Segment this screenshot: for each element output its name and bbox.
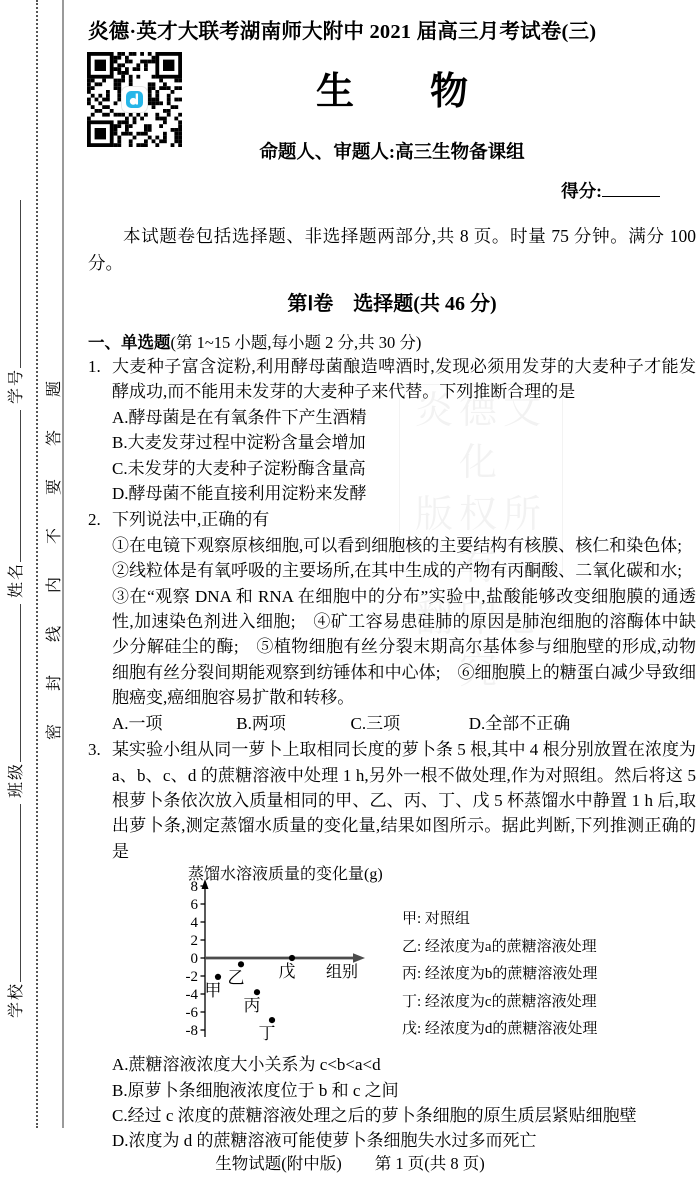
svg-text:-6: -6: [186, 1005, 199, 1021]
exam-paper-page: 学校 班级 姓名 学号 密封线内不要答题 炎德文化 版权所有 翻印必究 炎德·英…: [0, 0, 700, 1190]
question-number: 2.: [88, 507, 112, 736]
legend-item: 戊: 经浓度为d的蔗糖溶液处理: [402, 1016, 597, 1044]
chart-legend: 甲: 对照组 乙: 经浓度为a的蔗糖溶液处理 丙: 经浓度为b的蔗糖溶液处理 丁…: [402, 906, 597, 1044]
question-text: 某实验小组从同一萝卜上取相同长度的萝卜条 5 根,其中 4 根分别放置在浓度为 …: [112, 737, 696, 864]
question-body: 大麦种子富含淀粉,利用酵母菌酿造啤酒时,发现必须用发芽的大麦种子才能发酵成功,而…: [112, 354, 696, 506]
svg-text:-8: -8: [186, 1023, 199, 1039]
question-text: 大麦种子富含淀粉,利用酵母菌酿造啤酒时,发现必须用发芽的大麦种子才能发酵成功,而…: [112, 354, 696, 405]
options-row: A.一项 B.两项 C.三项 D.全部不正确: [112, 711, 696, 736]
field-school: 学校: [8, 982, 25, 1018]
student-info-fields: 学校 班级 姓名 学号: [3, 200, 26, 1018]
option-c: C.经过 c 浓度的蔗糖溶液处理之后的萝卜条细胞的原生质层紧贴细胞壁: [112, 1103, 696, 1128]
field-name: 姓名: [8, 562, 25, 598]
subsection-heading: 一、单选题(第 1~15 小题,每小题 2 分,共 30 分): [88, 329, 696, 353]
option-b: B.大麦发芽过程中淀粉含量会增加: [112, 430, 696, 455]
subsection-heading-rest: (第 1~15 小题,每小题 2 分,共 30 分): [171, 333, 422, 352]
page-footer: 生物试题(附中版) 第 1 页(共 8 页): [0, 1150, 700, 1174]
question-3: 3. 某实验小组从同一萝卜上取相同长度的萝卜条 5 根,其中 4 根分别放置在浓…: [88, 737, 696, 1154]
scatter-chart: 蒸馏水溶液质量的变化量(g) 86420-2-4-6-8组别甲乙丙丁戊 甲: 对…: [170, 866, 696, 1052]
legend-item: 乙: 经浓度为a的蔗糖溶液处理: [402, 934, 597, 962]
question-body: 下列说法中,正确的有 ①在电镜下观察原核细胞,可以看到细胞核的主要结构有核膜、核…: [112, 507, 696, 736]
field-student-no: 学号: [8, 368, 25, 404]
option-a: A.酵母菌是在有氧条件下产生酒精: [112, 405, 696, 430]
statement-2: ②线粒体是有氧呼吸的主要场所,在其中生成的产物有丙酮酸、二氧化碳和水;: [112, 558, 696, 583]
section-title: 第Ⅰ卷 选择题(共 46 分): [88, 287, 696, 316]
option-b: B.原萝卜条细胞液浓度位于 b 和 c 之间: [112, 1078, 696, 1103]
main-content: 炎德·英才大联考湖南师大附中 2021 届高三月考试卷(三) 生 物 命题人、审…: [88, 0, 696, 1154]
option-b: B.两项: [236, 711, 346, 736]
question-text: 下列说法中,正确的有: [112, 507, 696, 532]
legend-item: 丙: 经浓度为b的蔗糖溶液处理: [402, 961, 597, 989]
svg-text:6: 6: [191, 897, 199, 913]
svg-text:组别: 组别: [326, 963, 358, 981]
question-number: 3.: [88, 737, 112, 1154]
subsection-heading-bold: 一、单选题: [88, 333, 171, 352]
exam-instructions: 本试题卷包括选择题、非选择题两部分,共 8 页。时量 75 分钟。满分 100 …: [88, 223, 696, 277]
svg-text:0: 0: [191, 951, 199, 967]
question-1: 1. 大麦种子富含淀粉,利用酵母菌酿造啤酒时,发现必须用发芽的大麦种子才能发酵成…: [88, 354, 696, 506]
proposer-line: 命题人、审题人:高三生物备课组: [88, 138, 696, 164]
svg-text:甲: 甲: [205, 981, 222, 1000]
statement-1: ①在电镜下观察原核细胞,可以看到细胞核的主要结构有核膜、核仁和染色体;: [112, 533, 696, 558]
svg-text:-4: -4: [186, 987, 199, 1003]
seal-dotted-line: [36, 0, 38, 1128]
question-body: 某实验小组从同一萝卜上取相同长度的萝卜条 5 根,其中 4 根分别放置在浓度为 …: [112, 737, 696, 1154]
seal-line-text: 密封线内不要答题: [41, 348, 64, 740]
school-blank-line: [6, 804, 21, 982]
legend-item: 丁: 经浓度为c的蔗糖溶液处理: [402, 989, 597, 1017]
subject-title: 生 物: [88, 68, 696, 116]
svg-text:8: 8: [191, 879, 199, 895]
score-blank-line: [602, 181, 660, 197]
svg-text:丁: 丁: [259, 1024, 276, 1043]
svg-text:丙: 丙: [244, 996, 261, 1015]
svg-text:乙: 乙: [228, 968, 245, 987]
option-d: D.酵母菌不能直接利用淀粉来发酵: [112, 481, 696, 506]
option-c: C.未发芽的大麦种子淀粉酶含量高: [112, 456, 696, 481]
exam-header-title: 炎德·英才大联考湖南师大附中 2021 届高三月考试卷(三): [88, 14, 696, 44]
svg-text:4: 4: [191, 915, 199, 931]
legend-item: 甲: 对照组: [402, 906, 597, 934]
class-blank-line: [6, 604, 21, 762]
svg-text:2: 2: [191, 933, 199, 949]
student-no-blank-line: [6, 200, 21, 368]
option-a: A.一项: [112, 711, 232, 736]
svg-text:-2: -2: [186, 969, 199, 985]
score-row: 得分:: [88, 178, 696, 203]
svg-text:戊: 戊: [279, 962, 296, 981]
score-label: 得分:: [561, 181, 602, 201]
field-class: 班级: [8, 762, 25, 798]
question-2: 2. 下列说法中,正确的有 ①在电镜下观察原核细胞,可以看到细胞核的主要结构有核…: [88, 507, 696, 736]
option-a: A.蔗糖溶液浓度大小关系为 c<b<a<d: [112, 1052, 696, 1077]
question-number: 1.: [88, 354, 112, 506]
statements-3-6: ③在“观察 DNA 和 RNA 在细胞中的分布”实验中,盐酸能够改变细胞膜的通透…: [112, 584, 696, 711]
scatter-chart-svg: 86420-2-4-6-8组别甲乙丙丁戊: [170, 879, 400, 1049]
option-d: D.全部不正确: [469, 711, 571, 736]
name-blank-line: [6, 410, 21, 562]
option-c: C.三项: [351, 711, 465, 736]
